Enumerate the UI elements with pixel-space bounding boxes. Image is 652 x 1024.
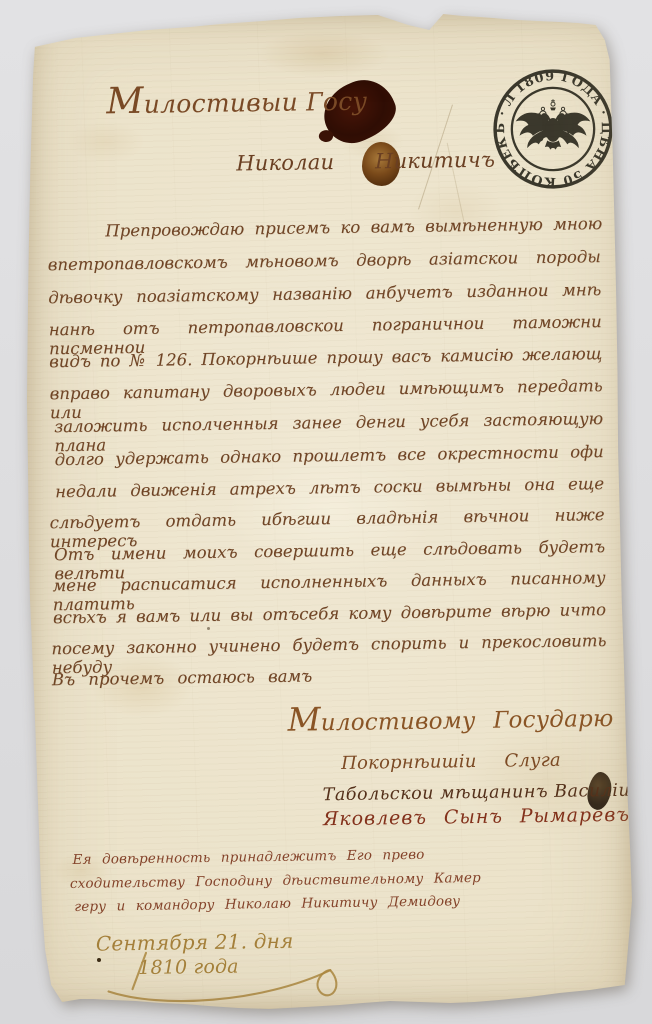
closing-line-2: Покорнѣишiи Слуга [341,750,561,774]
document-paper: 1809 ГОДА · ЦѢНА 50 КОПѢЕКЪ · ЛИСТЪ [27,12,632,1010]
postscript-line: сходительству Господину дѣиствительному … [70,870,481,892]
body-line: недали движенiя атрехъ лѣтъ соски вымѣны… [55,474,604,501]
signature-line-2: Яковлевъ Сынъ Рымаревъ [323,804,630,831]
closing-line-1: Милостивому Государю [287,696,613,739]
date-flourish [88,936,369,1020]
postscript-line: Ея довѣренность принадлежитъ Его прево [72,847,424,868]
salutation-line-1: Милостивыи Госу [106,76,367,123]
paper-sheet: 1809 ГОДА · ЦѢНА 50 КОПѢЕКЪ · ЛИСТЪ [27,12,632,1010]
letter-text-layer: Милостивыи Госу Николаи Никитичъ Препров… [24,4,644,1011]
signature-line-1: Табольскои мѣщанинъ Василiи [323,781,631,806]
postscript-line: геру и командору Николаю Никитичу Демидо… [74,893,460,915]
salutation-line-2: Николаи Никитичъ [236,148,495,176]
scan-background: 1809 ГОДА · ЦѢНА 50 КОПѢЕКЪ · ЛИСТЪ [0,0,652,1024]
body-line: впетропавловскомъ мѣновомъ дворѣ азiатск… [48,247,601,274]
body-line: Препровождаю присемъ ко вамъ вымѣненную … [105,214,602,240]
body-line: дѣвочку поазiатскому названiю анбучетъ и… [48,280,601,307]
